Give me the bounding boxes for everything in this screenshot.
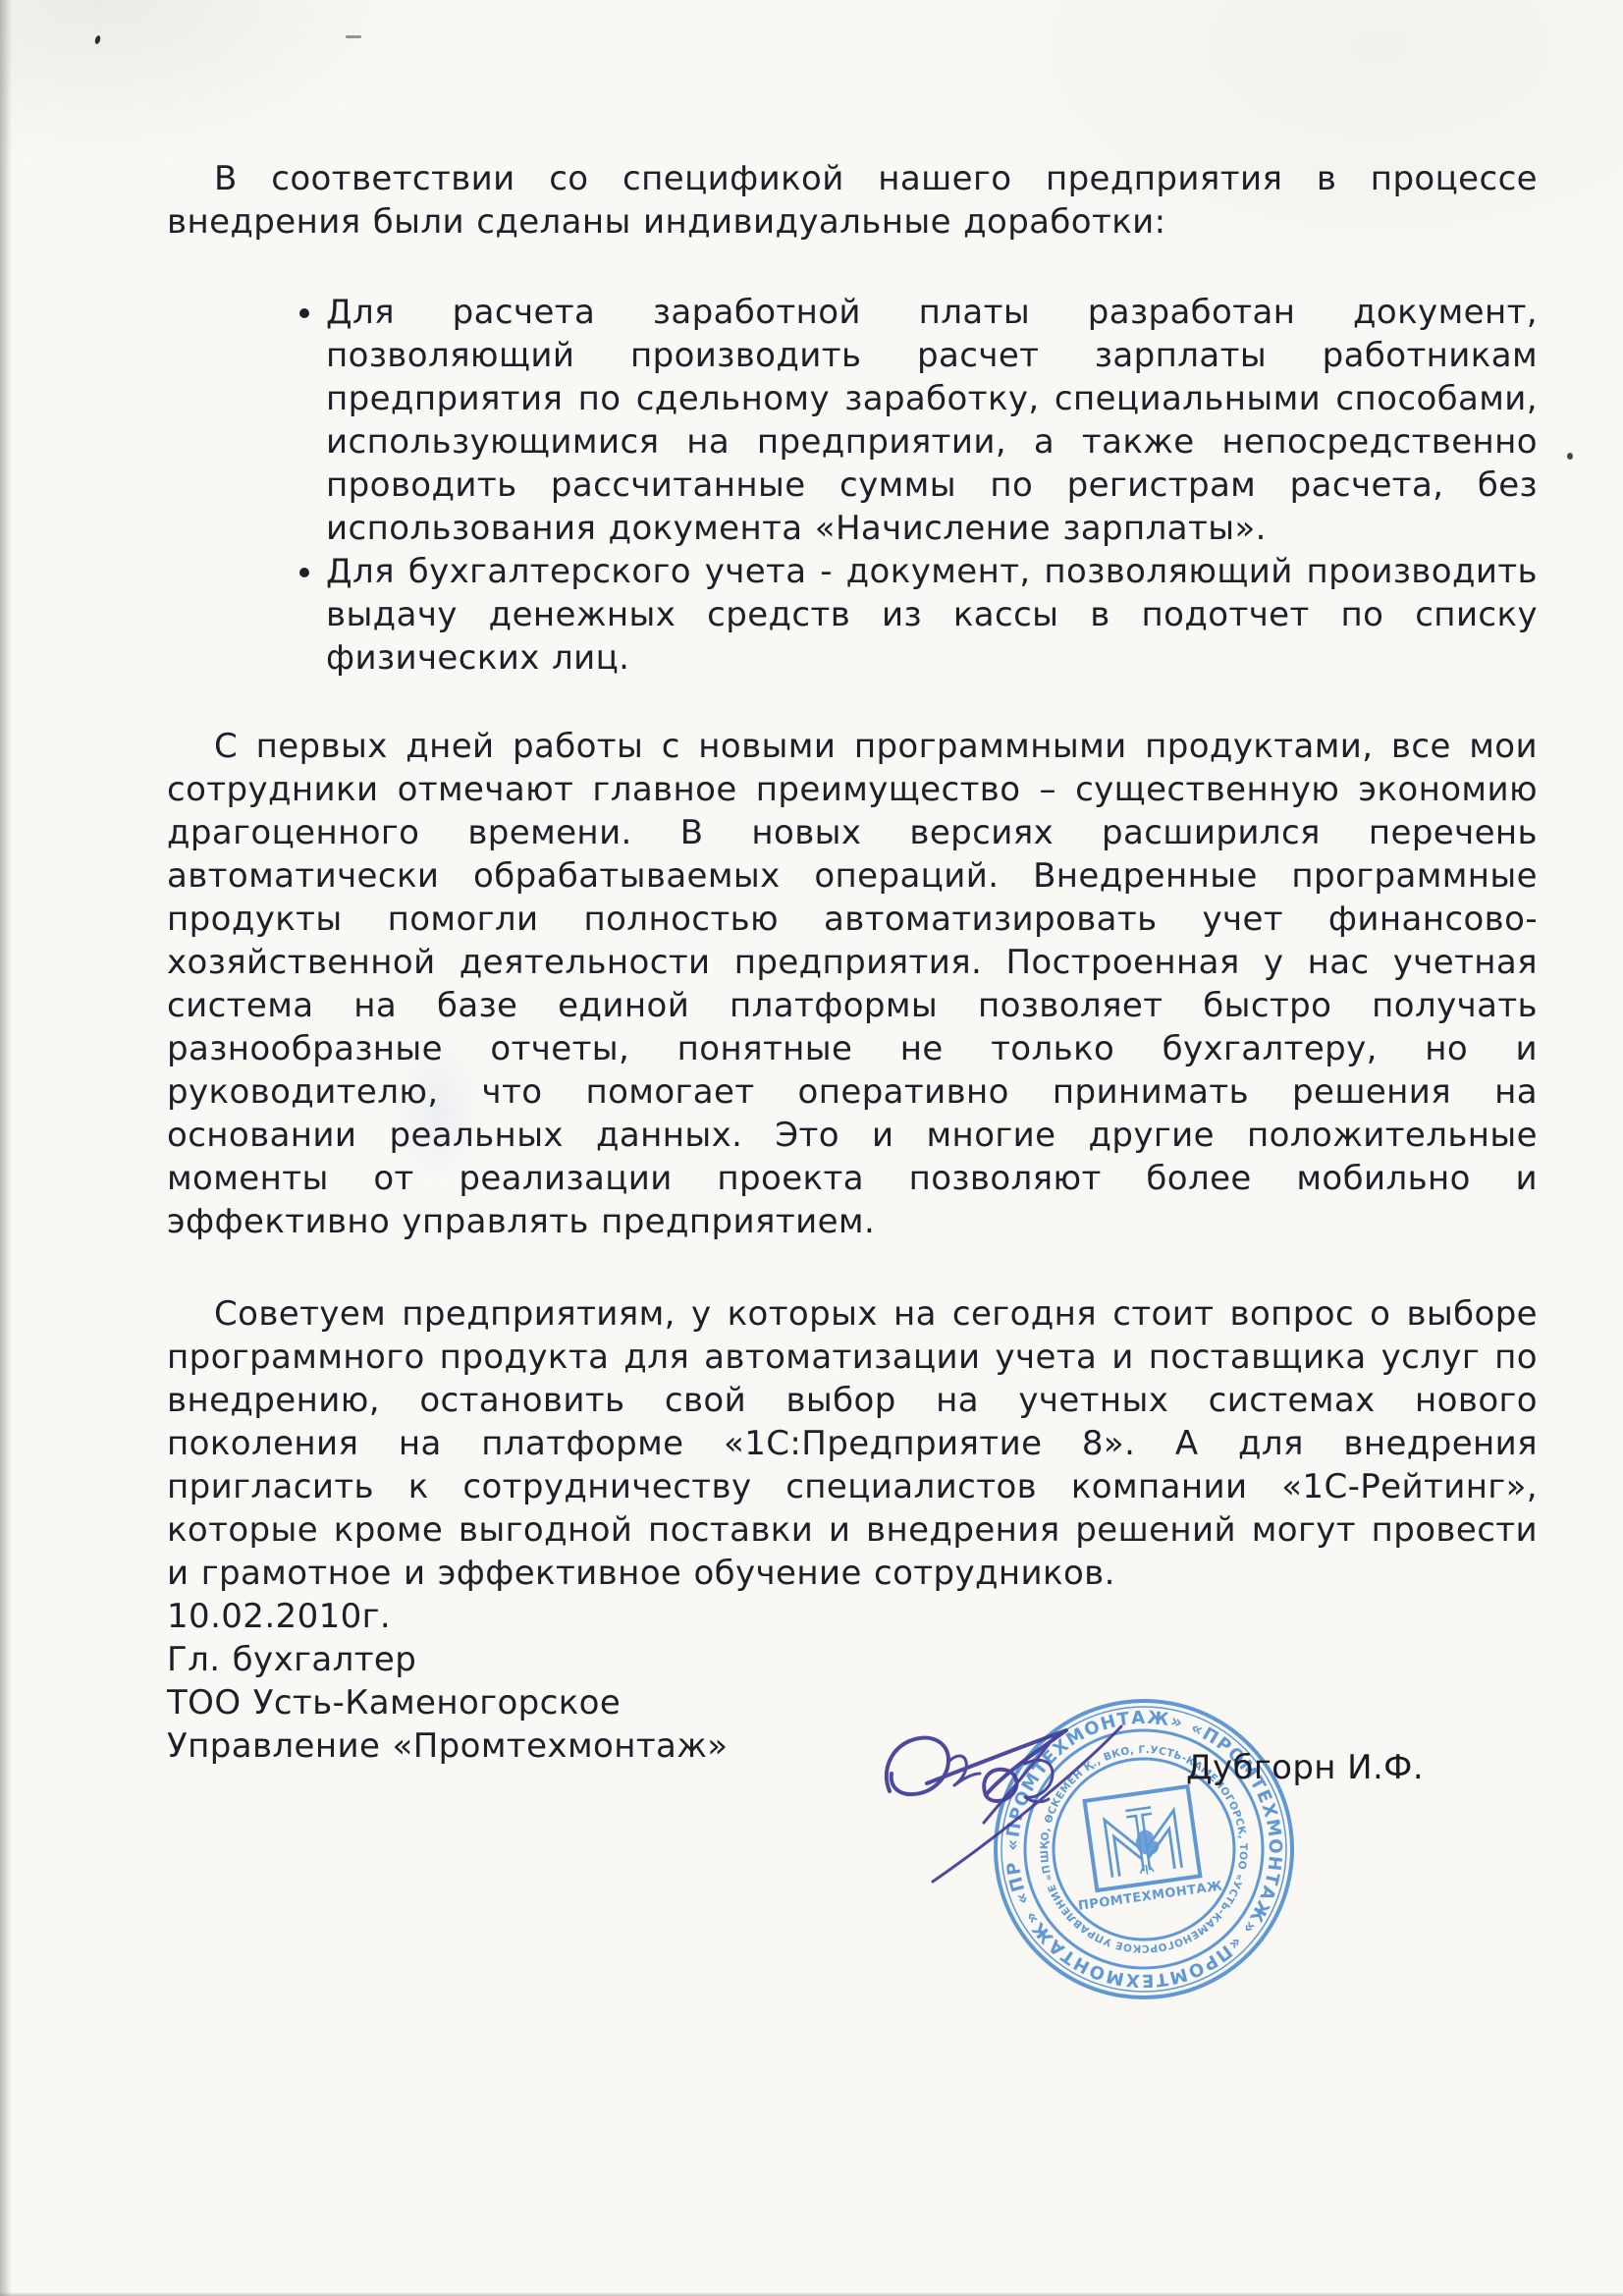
list-item-payroll: Для расчета заработной платы разработан … bbox=[326, 291, 1538, 550]
paragraph-benefits: С первых дней работы с новыми программны… bbox=[167, 725, 1538, 1243]
handwritten-signature bbox=[844, 1694, 1139, 1890]
scanned-letter-page: В соответствии со спецификой нашего пред… bbox=[0, 0, 1623, 2296]
paragraph-recommendation: Советуем предприятиям, у которых на сего… bbox=[167, 1292, 1538, 1595]
scan-speck bbox=[346, 35, 361, 38]
scan-edge-shadow-bottom bbox=[0, 2292, 1623, 2296]
signer-name: Дубгорн И.Ф. bbox=[1186, 1748, 1424, 1787]
scan-speck bbox=[1567, 453, 1573, 460]
letter-date: 10.02.2010г. bbox=[167, 1595, 1538, 1638]
signer-role: Гл. бухгалтер bbox=[167, 1638, 1538, 1681]
letter-body: В соответствии со спецификой нашего пред… bbox=[167, 157, 1538, 1768]
scan-speck bbox=[94, 34, 102, 44]
paragraph-intro: В соответствии со спецификой нашего пред… bbox=[167, 157, 1538, 244]
scan-edge-shadow-left bbox=[0, 0, 12, 2296]
customizations-list: Для расчета заработной платы разработан … bbox=[167, 291, 1538, 680]
list-item-accounting: Для бухгалтерского учета - документ, поз… bbox=[326, 550, 1538, 680]
